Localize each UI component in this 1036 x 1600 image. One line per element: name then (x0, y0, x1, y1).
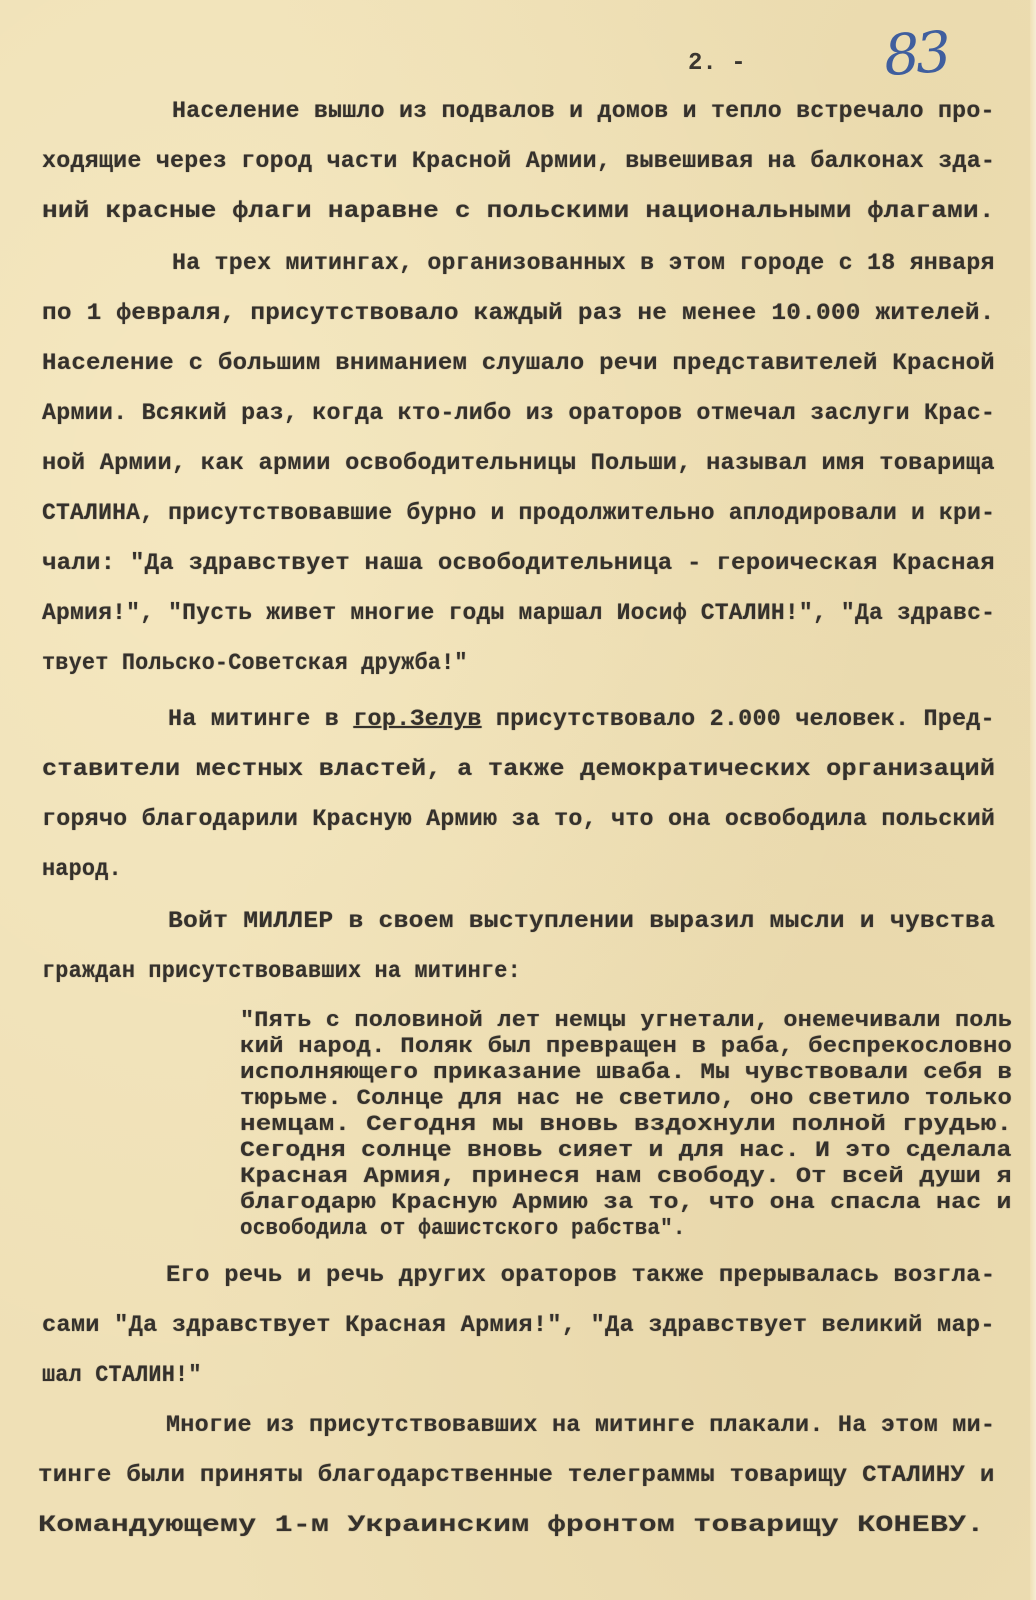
text-line: тюрьме. Солнце для нас не светило, оно с… (240, 1086, 1012, 1111)
text-line: Его речь и речь других ораторов также пр… (166, 1262, 995, 1288)
text-line: "Пять с половиной лет немцы угнетали, он… (240, 1008, 1012, 1033)
text-line: граждан присутствовавших на митинге: (42, 958, 521, 984)
text-line: чали: "Да здравствует наша освободительн… (42, 550, 995, 576)
text-line: сами "Да здравствует Красная Армия!", "Д… (42, 1312, 995, 1338)
text-line: Красная Армия, принеся нам свободу. От в… (240, 1164, 1012, 1189)
text-line: ставители местных властей, а также демок… (42, 756, 995, 782)
page-number: 2. - (688, 50, 746, 77)
text-line: исполняющего приказание шваба. Мы чувств… (240, 1060, 1012, 1085)
text-line: ний красные флаги наравне с польскими на… (42, 198, 995, 224)
text-line: по 1 февраля, присутствовало каждый раз … (42, 300, 995, 326)
handwritten-folio-number: 83 (882, 20, 950, 89)
page-edge (1030, 0, 1036, 1600)
text-line: народ. (42, 856, 122, 882)
text-line: тинге были приняты благодарственные теле… (38, 1462, 995, 1488)
text-line: шал СТАЛИН!" (42, 1362, 202, 1388)
text-line: благодарю Красную Армию за то, что она с… (240, 1190, 1012, 1215)
text-line: твует Польско-Советская дружба!" (42, 650, 468, 676)
text-line: кий народ. Поляк был превращен в раба, б… (240, 1034, 1012, 1059)
text-line: ходящие через город части Красной Армии,… (42, 148, 995, 174)
text-line: На митинге в гор.Зелув присутствовало 2.… (168, 706, 995, 732)
text-line: Сегодня солнце вновь сияет и для нас. И … (240, 1138, 1012, 1163)
text-line: На трех митингах, организованных в этом … (172, 250, 995, 276)
text-line: СТАЛИНА, присутствовавшие бурно и продол… (42, 500, 995, 526)
text-line: Войт МИЛЛЕР в своем выступлении выразил … (168, 908, 995, 934)
text-line: освободила от фашистского рабства". (240, 1216, 686, 1241)
text-line: горячо благодарили Красную Армию за то, … (42, 806, 995, 832)
text-line: ной Армии, как армии освободительницы По… (42, 450, 995, 476)
document-page: 2. - 83 Население вышло из подвалов и до… (0, 0, 1036, 1600)
text-line: Многие из присутствовавших на митинге пл… (166, 1412, 995, 1438)
underlined-place-name: гор.Зелув (353, 706, 481, 732)
text-line: Армии. Всякий раз, когда кто-либо из ора… (42, 400, 995, 426)
text-line: Командующему 1-м Украинским фронтом това… (38, 1512, 985, 1538)
text-line: Население вышло из подвалов и домов и те… (172, 98, 995, 124)
text-line: Население с большим вниманием слушало ре… (42, 350, 995, 376)
text-line: немцам. Сегодня мы вновь вздохнули полно… (240, 1112, 1012, 1137)
text-line: Армия!", "Пусть живет многие годы маршал… (42, 600, 995, 626)
